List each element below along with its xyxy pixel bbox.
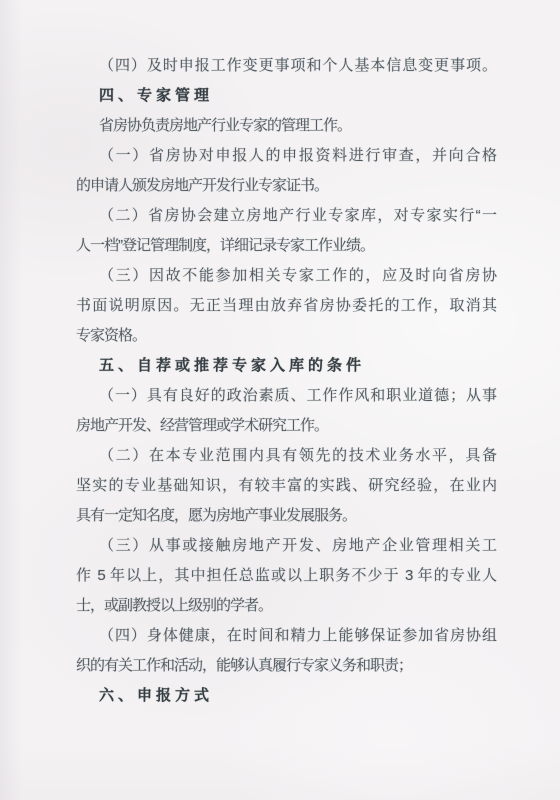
document-line: 具有一定知名度，愿为房地产事业发展服务。: [76, 501, 496, 531]
document-line: （二）在本专业范围内具有领先的技术业务水平，具备: [76, 441, 496, 471]
document-line: （四）身体健康，在时间和精力上能够保证参加省房协组: [76, 621, 496, 651]
document-line: 书面说明原因。无正当理由放弃省房协委托的工作，取消其: [76, 291, 496, 321]
document-line: （四）及时申报工作变更事项和个人基本信息变更事项。: [76, 51, 496, 81]
scanned-document-page: （四）及时申报工作变更事项和个人基本信息变更事项。 四、专家管理 省房协负责房地…: [0, 0, 560, 800]
document-line: （一）具有良好的政治素质、工作作风和职业道德；从事: [76, 381, 496, 411]
document-line: （一）省房协对申报人的申报资料进行审查，并向合格: [76, 141, 496, 171]
document-line: 专家资格。: [76, 321, 496, 351]
section-heading-6: 六、申报方式: [76, 681, 496, 711]
section-heading-4: 四、专家管理: [76, 81, 496, 111]
document-line: （三）从事或接触房地产开发、房地产企业管理相关工: [76, 531, 496, 561]
section-heading-5: 五、自荐或推荐专家入库的条件: [76, 351, 496, 381]
document-line: 人一档”登记管理制度，详细记录专家工作业绩。: [76, 231, 496, 261]
document-line: 织的有关工作和活动，能够认真履行专家义务和职责；: [76, 651, 496, 681]
document-line: 的申请人颁发房地产开发行业专家证书。: [76, 171, 496, 201]
document-line: 作 5 年以上，其中担任总监或以上职务不少于 3 年的专业人: [76, 561, 496, 591]
document-line: 坚实的专业基础知识，有较丰富的实践、研究经验，在业内: [76, 471, 496, 501]
document-body: （四）及时申报工作变更事项和个人基本信息变更事项。 四、专家管理 省房协负责房地…: [76, 51, 496, 711]
document-line: 士，或副教授以上级别的学者。: [76, 591, 496, 621]
document-line: 省房协负责房地产行业专家的管理工作。: [76, 111, 496, 141]
document-line: 房地产开发、经营管理或学术研究工作。: [76, 411, 496, 441]
document-line: （二）省房协会建立房地产行业专家库，对专家实行“一: [76, 201, 496, 231]
document-line: （三）因故不能参加相关专家工作的，应及时向省房协: [76, 261, 496, 291]
